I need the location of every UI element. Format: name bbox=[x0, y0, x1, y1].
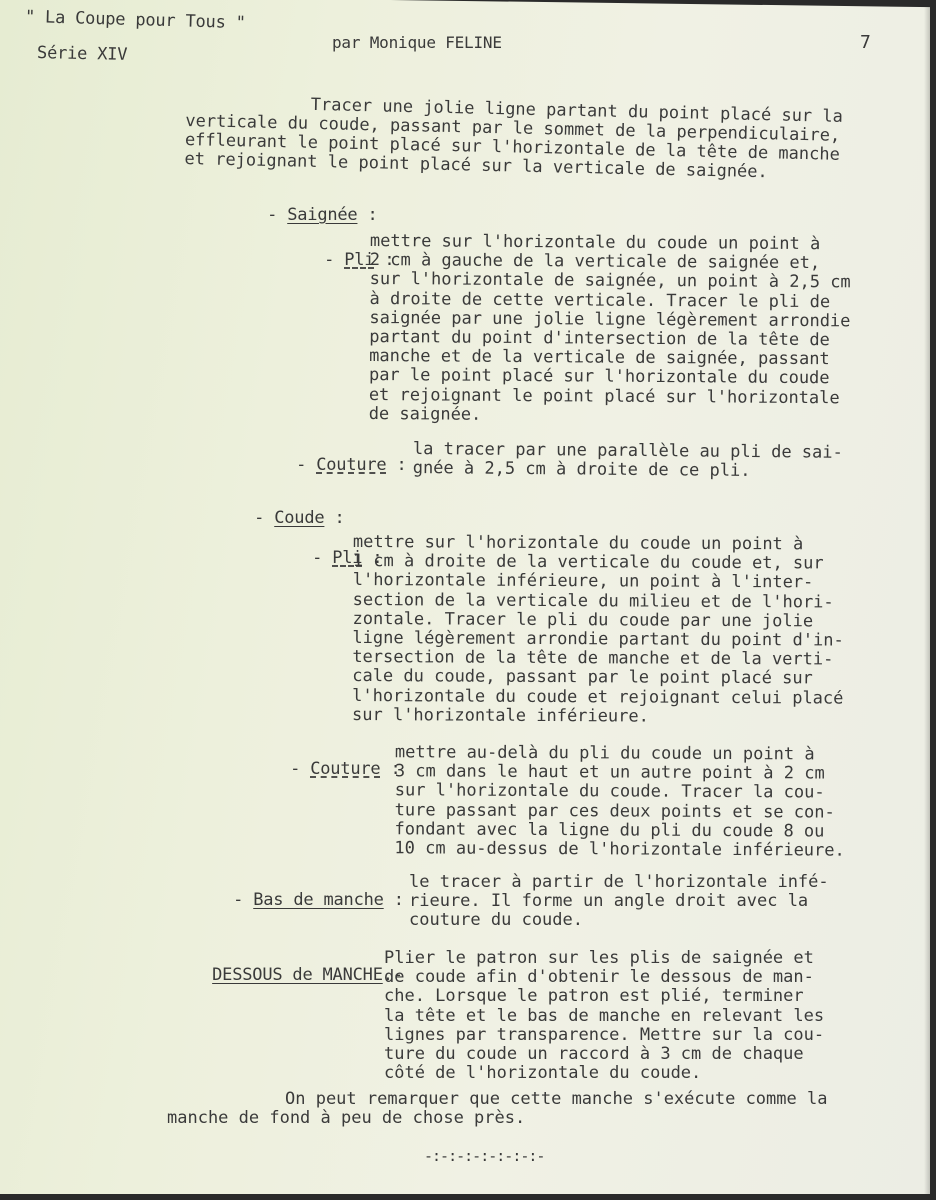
text-line: de saignée. bbox=[369, 405, 850, 428]
closing-paragraph: On peut remarquer que cette manche s'exé… bbox=[167, 1090, 827, 1128]
page-number-value: 7 bbox=[860, 33, 871, 52]
text-line: de coude afin d'obtenir le dessous de ma… bbox=[384, 968, 824, 987]
text-line: couture du coude. bbox=[409, 911, 829, 930]
saignee-pli-text: mettre sur l'horizontale du coude un poi… bbox=[369, 232, 851, 427]
intro-paragraph: Tracer une jolie ligne partant du point … bbox=[184, 93, 843, 184]
text-line: le tracer à partir de l'horizontale infé… bbox=[409, 873, 829, 892]
bullet-dash: - bbox=[324, 250, 344, 270]
bullet-dash: - bbox=[312, 548, 332, 568]
coude-couture-text: mettre au-delà du pli du coude un point … bbox=[344, 743, 845, 861]
heading-label: Saignée bbox=[287, 205, 357, 225]
bullet-dash: - bbox=[296, 455, 316, 475]
document-page: " La Coupe pour Tous " Série XIV par Mon… bbox=[0, 0, 930, 1194]
end-ornament: -:-:-:-:-:-:-:- bbox=[424, 1147, 544, 1166]
bullet-dash: - bbox=[233, 890, 253, 910]
bas-de-manche-text: le tracer à partir de l'horizontale infé… bbox=[409, 873, 829, 931]
saignee-couture-label: - Couture : bbox=[256, 437, 407, 494]
text-line: Plier le patron sur les plis de saignée … bbox=[384, 949, 824, 968]
dessous-de-manche-text: Plier le patron sur les plis de saignée … bbox=[384, 949, 824, 1083]
colon: : bbox=[357, 205, 377, 225]
bas-de-manche-label: - Bas de manche : bbox=[193, 872, 414, 929]
dessous-de-manche-label: DESSOUS de MANCHE.- bbox=[172, 947, 413, 1004]
text-line: manche de fond à peu de chose près. bbox=[167, 1109, 827, 1128]
series-label: Série XIV bbox=[37, 44, 128, 65]
text-line: lignes par transparence. Mettre sur la c… bbox=[384, 1026, 824, 1045]
text-line: On peut remarquer que cette manche s'exé… bbox=[167, 1090, 827, 1109]
text-line: côté de l'horizontale du coude. bbox=[384, 1064, 824, 1083]
text-line: sur l'horizontale inférieure. bbox=[352, 706, 843, 728]
dessous-label: DESSOUS de MANCHE bbox=[212, 965, 383, 985]
text-line: 10 cm au-dessus de l'horizontale inférie… bbox=[344, 839, 844, 861]
text-line: la tête et le bas de manche en relevant … bbox=[384, 1007, 824, 1026]
heading-label: Coude bbox=[274, 508, 324, 528]
saignee-couture-text: la tracer par une parallèle au pli de sa… bbox=[413, 440, 843, 482]
colon: : bbox=[324, 508, 344, 528]
bullet-dash: - bbox=[267, 205, 287, 225]
bullet-dash: - bbox=[254, 508, 274, 528]
coude-pli-text: mettre sur l'horizontale du coude un poi… bbox=[352, 533, 844, 728]
text-line: gnée à 2,5 cm à droite de ce pli. bbox=[413, 459, 843, 482]
bas-label: Bas de manche bbox=[253, 890, 383, 910]
author-label: par Monique FELINE bbox=[332, 33, 502, 52]
text-line: che. Lorsque le patron est plié, termine… bbox=[384, 987, 824, 1006]
text-line: rieure. Il forme un angle droit avec la bbox=[409, 892, 829, 911]
bullet-dash: - bbox=[290, 759, 310, 779]
colon: : bbox=[386, 455, 406, 475]
text-line: ture du coude un raccord à 3 cm de chaqu… bbox=[384, 1045, 824, 1064]
couture-label: Couture bbox=[316, 455, 386, 475]
document-title: " La Coupe pour Tous " bbox=[25, 8, 246, 33]
